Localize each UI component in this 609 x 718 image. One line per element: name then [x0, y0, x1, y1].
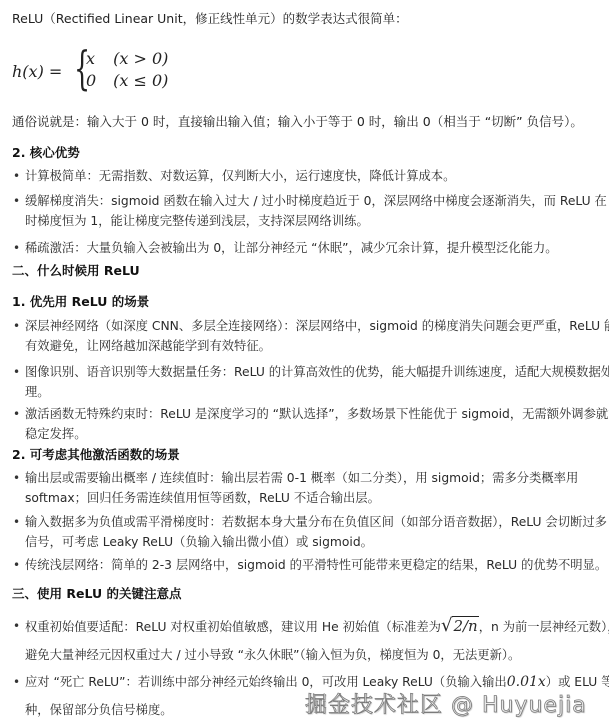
bullet-icon: •: [13, 612, 20, 640]
list-item: • 稀疏激活：大量负输入会被输出为 0，让部分神经元 “休眠”，减少冗余计算，提…: [12, 236, 609, 260]
bullet-icon: •: [13, 402, 20, 426]
formula-lhs: h(x) =: [12, 62, 62, 81]
heading-when-to-use: 二、什么时候用 ReLU: [12, 262, 140, 280]
bullet-icon: •: [13, 668, 20, 696]
list-item: • 图像识别、语音识别等大数据量任务：ReLU 的计算高效性的优势，能大幅提升训…: [12, 360, 609, 404]
bullet-icon: •: [13, 510, 20, 534]
bullet-icon: •: [13, 189, 20, 213]
formula-case-positive: x (x > 0): [86, 49, 168, 68]
heading-prefer-relu: 1. 优先用 ReLU 的场景: [12, 293, 149, 311]
list-item: • 激活函数无特殊约束时：ReLU 是深度学习的 “默认选择”，多数场景下性能优…: [12, 402, 609, 446]
list-item: • 输出层或需要输出概率 / 连续值时：输出层若需 0-1 概率（如二分类），用…: [12, 466, 609, 510]
bullet-icon: •: [13, 236, 20, 260]
list-item: • 计算极简单：无需指数、对数运算，仅判断大小，运行速度快，降低计算成本。: [12, 164, 609, 188]
plain-explanation: 通俗说就是：输入大于 0 时，直接输出输入值；输入小于等于 0 时，输出 0（相…: [12, 113, 583, 131]
list-item: • 缓解梯度消失：sigmoid 函数在输入过大 / 过小时梯度趋近于 0，深层…: [12, 189, 609, 233]
heading-notes: 三、使用 ReLU 的关键注意点: [12, 585, 181, 603]
bullet-icon: •: [13, 164, 20, 188]
intro-text: ReLU（Rectified Linear Unit，修正线性单元）的数学表达式…: [12, 10, 408, 28]
bullet-icon: •: [13, 466, 20, 490]
list-item: • 权重初始值要适配：ReLU 对权重初始值敏感，建议用 He 初始值（标准差为…: [12, 612, 609, 669]
heading-consider-others: 2. 可考虑其他激活函数的场景: [12, 446, 180, 464]
list-item: • 输入数据多为负值或需平滑梯度时：若数据本身大量分布在负值区间（如部分语音数据…: [12, 510, 609, 554]
watermark: 掘金技术社区 @ Huyuejia: [305, 688, 587, 718]
sqrt-expression: √2/n: [441, 612, 479, 640]
bullet-icon: •: [13, 553, 20, 577]
formula-case-nonpositive: 0 (x ≤ 0): [86, 71, 168, 90]
heading-advantages: 2. 核心优势: [12, 144, 80, 162]
bullet-icon: •: [13, 360, 20, 384]
list-item: • 传统浅层网络：简单的 2-3 层网络中，sigmoid 的平滑特性可能带来更…: [12, 553, 609, 577]
list-item: • 深层神经网络（如深度 CNN、多层全连接网络）：深层网络中，sigmoid …: [12, 314, 609, 358]
bullet-icon: •: [13, 314, 20, 338]
